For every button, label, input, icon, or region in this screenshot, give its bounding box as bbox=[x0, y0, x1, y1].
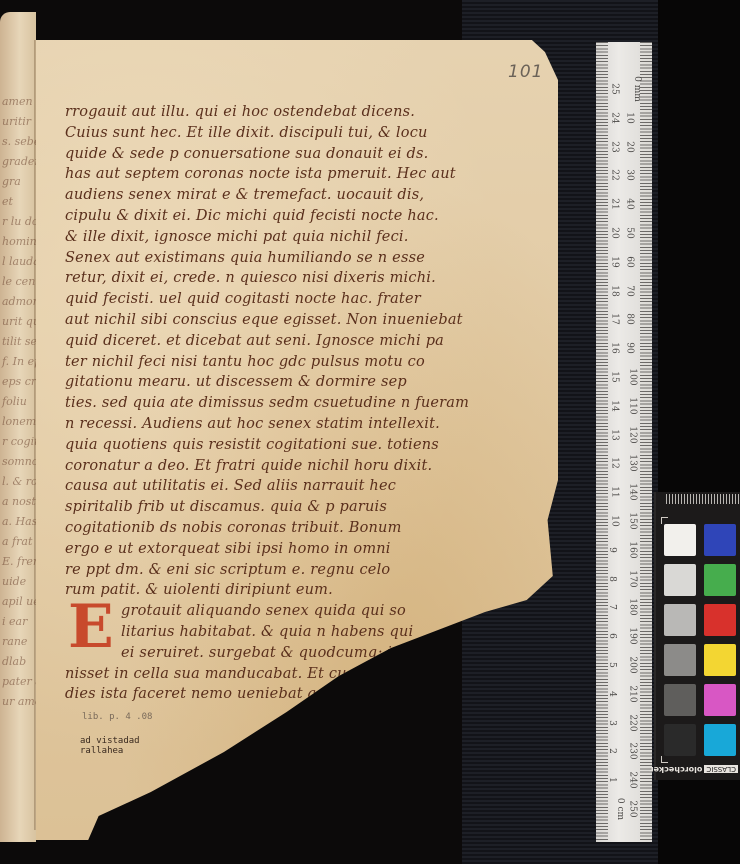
ruler-cm-label: 1 bbox=[607, 777, 617, 783]
manuscript-line: cipulu & dixit ei. Dic michi quid fecist… bbox=[65, 206, 505, 227]
facing-page-line: ur amort bbox=[2, 694, 36, 710]
manuscript-line: quid diceret. et dicebat aut seni. Ignos… bbox=[65, 331, 505, 352]
ruler-cm-label: 16 bbox=[610, 342, 620, 353]
ruler-cm-label: 9 bbox=[607, 547, 617, 553]
color-swatch bbox=[704, 564, 736, 596]
color-swatch bbox=[704, 724, 736, 756]
ruler-mm-label: 190 bbox=[628, 628, 638, 645]
rubricated-initial: E bbox=[68, 597, 114, 657]
manuscript-line: rum patit. & uiolenti diripiunt eum. bbox=[65, 580, 505, 601]
facing-page-line: rane bbox=[2, 634, 36, 650]
ruler-mm-label: 210 bbox=[628, 685, 638, 702]
manuscript-line: ei seruiret. surgebat & quodcumq; inue bbox=[65, 643, 505, 664]
ruler-mm-label: 10 bbox=[625, 112, 635, 123]
facing-page-line: E. frem bbox=[2, 554, 36, 570]
manuscript-line: ergo e ut extorqueat sibi ipsi homo in o… bbox=[65, 539, 505, 560]
ruler-cm-label: 7 bbox=[607, 605, 617, 611]
gray-swatch bbox=[664, 724, 696, 756]
ownership-note-line-2: rallahea bbox=[80, 746, 152, 756]
manuscript-line: rrogauit aut illu. qui ei hoc ostendebat… bbox=[65, 102, 505, 123]
facing-page-line: gra bbox=[2, 174, 36, 190]
facing-page-line: eps crdi bbox=[2, 374, 36, 390]
manuscript-line: n recessi. Audiens aut hoc senex statim … bbox=[65, 414, 505, 435]
color-swatch bbox=[704, 684, 736, 716]
folio-number: 101 bbox=[508, 62, 543, 82]
manuscript-line: quide & sede p conuersatione sua donauit… bbox=[65, 144, 505, 165]
facing-page-line: foliu bbox=[2, 394, 36, 410]
manuscript-line: grotauit aliquando senex quida qui so bbox=[65, 601, 505, 622]
main-text-block: rrogauit aut illu. qui ei hoc ostendebat… bbox=[65, 102, 505, 705]
facing-page-line: urit qu bbox=[2, 314, 36, 330]
facing-page-text: amenuritirs. sebegradergraetr lu domhomi… bbox=[0, 12, 36, 710]
ruler-cm-label: 20 bbox=[610, 227, 620, 238]
ruler-mm-label: 220 bbox=[628, 714, 638, 731]
ruler-mm-label: 130 bbox=[628, 455, 638, 472]
ruler-cm-label: 13 bbox=[610, 429, 620, 440]
shelfmark-note: lib. p. 4 .08 bbox=[82, 712, 152, 722]
ruler-mm-label: 80 bbox=[625, 314, 635, 325]
facing-page-line: tilit sep bbox=[2, 334, 36, 350]
ruler-mm-label: 230 bbox=[628, 743, 638, 760]
ruler-cm-label: 3 bbox=[607, 720, 617, 726]
facing-page-line: l lauda bbox=[2, 254, 36, 270]
ruler-mm-label: 100 bbox=[628, 368, 638, 385]
facing-page-line: a frat bbox=[2, 534, 36, 550]
ruler-mm-label: 40 bbox=[625, 198, 635, 209]
ruler-cm-label: 24 bbox=[610, 112, 620, 123]
facing-page-line: uritir bbox=[2, 114, 36, 130]
manuscript-line: aut nichil sibi conscius eque egisset. N… bbox=[65, 310, 505, 331]
checker-brand-label: CLASSIColorchecker bbox=[650, 765, 738, 774]
ruler-cm-label: 14 bbox=[610, 400, 620, 411]
ruler-cm-label: 21 bbox=[610, 198, 620, 209]
facing-page-edge: amenuritirs. sebegradergraetr lu domhomi… bbox=[0, 12, 36, 842]
facing-page-line: grader bbox=[2, 154, 36, 170]
facing-page-line: s. sebe bbox=[2, 134, 36, 150]
marginal-notes: lib. p. 4 .08 ad vistadad rallahea bbox=[80, 712, 152, 756]
ruler-cm-label: 17 bbox=[610, 314, 620, 325]
ruler-mm-label: 30 bbox=[625, 170, 635, 181]
gray-swatch bbox=[664, 604, 696, 636]
facing-page-line: r cogita bbox=[2, 434, 36, 450]
ruler-cm-label: 23 bbox=[610, 141, 620, 152]
ruler-mm-label: 120 bbox=[628, 426, 638, 443]
crop-mark-icon bbox=[661, 756, 668, 763]
gray-swatch bbox=[664, 564, 696, 596]
color-swatch bbox=[704, 524, 736, 556]
ruler-mm-label: 250 bbox=[628, 800, 638, 817]
ruler-cm-label: 2 bbox=[607, 749, 617, 755]
facing-page-line: i ear bbox=[2, 614, 36, 630]
ruler-ticks-right bbox=[640, 42, 652, 842]
manuscript-line: dies ista faceret nemo ueniebat ad eu bbox=[65, 684, 505, 705]
ruler-mm-label: 170 bbox=[628, 570, 638, 587]
ruler-mm-label: 150 bbox=[628, 512, 638, 529]
gray-swatch bbox=[664, 524, 696, 556]
crop-mark-icon bbox=[661, 517, 668, 524]
gray-swatch bbox=[664, 644, 696, 676]
facing-page-line: r lu dom bbox=[2, 214, 36, 230]
checker-scale bbox=[666, 494, 740, 504]
ownership-note-line-1: ad vistadad bbox=[80, 736, 152, 746]
ruler-cm-label: 0 cm bbox=[615, 798, 625, 820]
ownership-note: ad vistadad rallahea bbox=[80, 736, 152, 756]
facing-page-line: somno bbox=[2, 454, 36, 470]
ruler-cm-label: 15 bbox=[610, 371, 620, 382]
manuscript-line: has aut septem coronas nocte ista pmerui… bbox=[65, 164, 505, 185]
color-swatch bbox=[704, 644, 736, 676]
manuscript-line: ties. sed quia ate dimissus sedm csuetud… bbox=[65, 393, 505, 414]
ruler-cm-label: 22 bbox=[610, 170, 620, 181]
ruler-cm-label: 6 bbox=[607, 633, 617, 639]
ruler-mm-label: 90 bbox=[625, 342, 635, 353]
ruler-cm-label: 12 bbox=[610, 458, 620, 469]
ruler-cm-label: 4 bbox=[607, 691, 617, 697]
facing-page-line: dlab bbox=[2, 654, 36, 670]
facing-page-line: uide bbox=[2, 574, 36, 590]
ruler-mm-label: 180 bbox=[628, 599, 638, 616]
ruler-mm-label: 200 bbox=[628, 656, 638, 673]
facing-page-line: l. & robi bbox=[2, 474, 36, 490]
ruler-mm-label: 240 bbox=[628, 772, 638, 789]
ruler-mm-label: 110 bbox=[628, 397, 638, 414]
ruler-cm-label: 8 bbox=[607, 576, 617, 582]
manuscript-line: retur, dixit ei, crede. n quiesco nisi d… bbox=[65, 268, 505, 289]
facing-page-line: apil uer bbox=[2, 594, 36, 610]
facing-page-line: et bbox=[2, 194, 36, 210]
color-checker-card: CLASSIColorchecker bbox=[654, 492, 740, 780]
facing-page-line: admon bbox=[2, 294, 36, 310]
facing-page-line: hominu bbox=[2, 234, 36, 250]
manuscript-line: gitationu mearu. ut discessem & dormire … bbox=[65, 372, 505, 393]
manuscript-line: & ille dixit, ignosce michi pat quia nic… bbox=[65, 227, 505, 248]
ruler-mm-label: 70 bbox=[625, 285, 635, 296]
ruler-cm-label: 19 bbox=[610, 256, 620, 267]
manuscript-line: ter nichil feci nisi tantu hoc gdc pulsu… bbox=[65, 352, 505, 373]
ruler-mm-label: 160 bbox=[628, 541, 638, 558]
manuscript-line: quia quotiens quis resistit cogitationi … bbox=[65, 435, 505, 456]
ruler-mm-label: 20 bbox=[625, 141, 635, 152]
manuscript-line: causa aut utilitatis ei. Sed aliis narra… bbox=[65, 476, 505, 497]
manuscript-line: Senex aut existimans quia humiliando se … bbox=[65, 248, 505, 269]
ruler-cm-label: 18 bbox=[610, 285, 620, 296]
manuscript-line: nisset in cella sua manducabat. Et cu p … bbox=[65, 664, 505, 685]
manuscript-line: audiens senex mirat e & tremefact. uocau… bbox=[65, 185, 505, 206]
gray-swatch bbox=[664, 684, 696, 716]
ruler-cm-label: 25 bbox=[610, 83, 620, 94]
facing-page-line: pater a bbox=[2, 674, 36, 690]
ruler-mm-label: 60 bbox=[625, 256, 635, 267]
checker-edition: CLASSIC bbox=[704, 765, 738, 773]
facing-page-line: f. In ep bbox=[2, 354, 36, 370]
checker-brand: olorchecker bbox=[650, 765, 703, 774]
manuscript-line: Cuius sunt hec. Et ille dixit. discipuli… bbox=[65, 123, 505, 144]
facing-page-line: a. Has bbox=[2, 514, 36, 530]
ruler-cm-label: 11 bbox=[610, 486, 620, 497]
ruler-mm-label: 0 mm bbox=[632, 76, 642, 102]
ruler-cm-label: 10 bbox=[610, 515, 620, 526]
measurement-ruler: 2524232221201918171615141312111098765432… bbox=[596, 42, 652, 842]
manuscript-line: cogitationib ds nobis coronas tribuit. B… bbox=[65, 518, 505, 539]
manuscript-line: re ppt dm. & eni sic scriptum e. regnu c… bbox=[65, 560, 505, 581]
facing-page-line: amen bbox=[2, 94, 36, 110]
color-swatch bbox=[704, 604, 736, 636]
manuscript-line: coronatur a deo. Et fratri quide nichil … bbox=[65, 456, 505, 477]
facing-page-line: lonem & d bbox=[2, 414, 36, 430]
ruler-mm-label: 140 bbox=[628, 484, 638, 501]
facing-page-line: le cent bbox=[2, 274, 36, 290]
manuscript-line: spiritalib frib ut discamus. quia & p pa… bbox=[65, 497, 505, 518]
manuscript-line: litarius habitabat. & quia n habens qui bbox=[65, 622, 505, 643]
facing-page-line: a nostr bbox=[2, 494, 36, 510]
ruler-cm-label: 5 bbox=[607, 662, 617, 668]
manuscript-line: quid fecisti. uel quid cogitasti nocte h… bbox=[65, 289, 505, 310]
ruler-mm-label: 50 bbox=[625, 227, 635, 238]
